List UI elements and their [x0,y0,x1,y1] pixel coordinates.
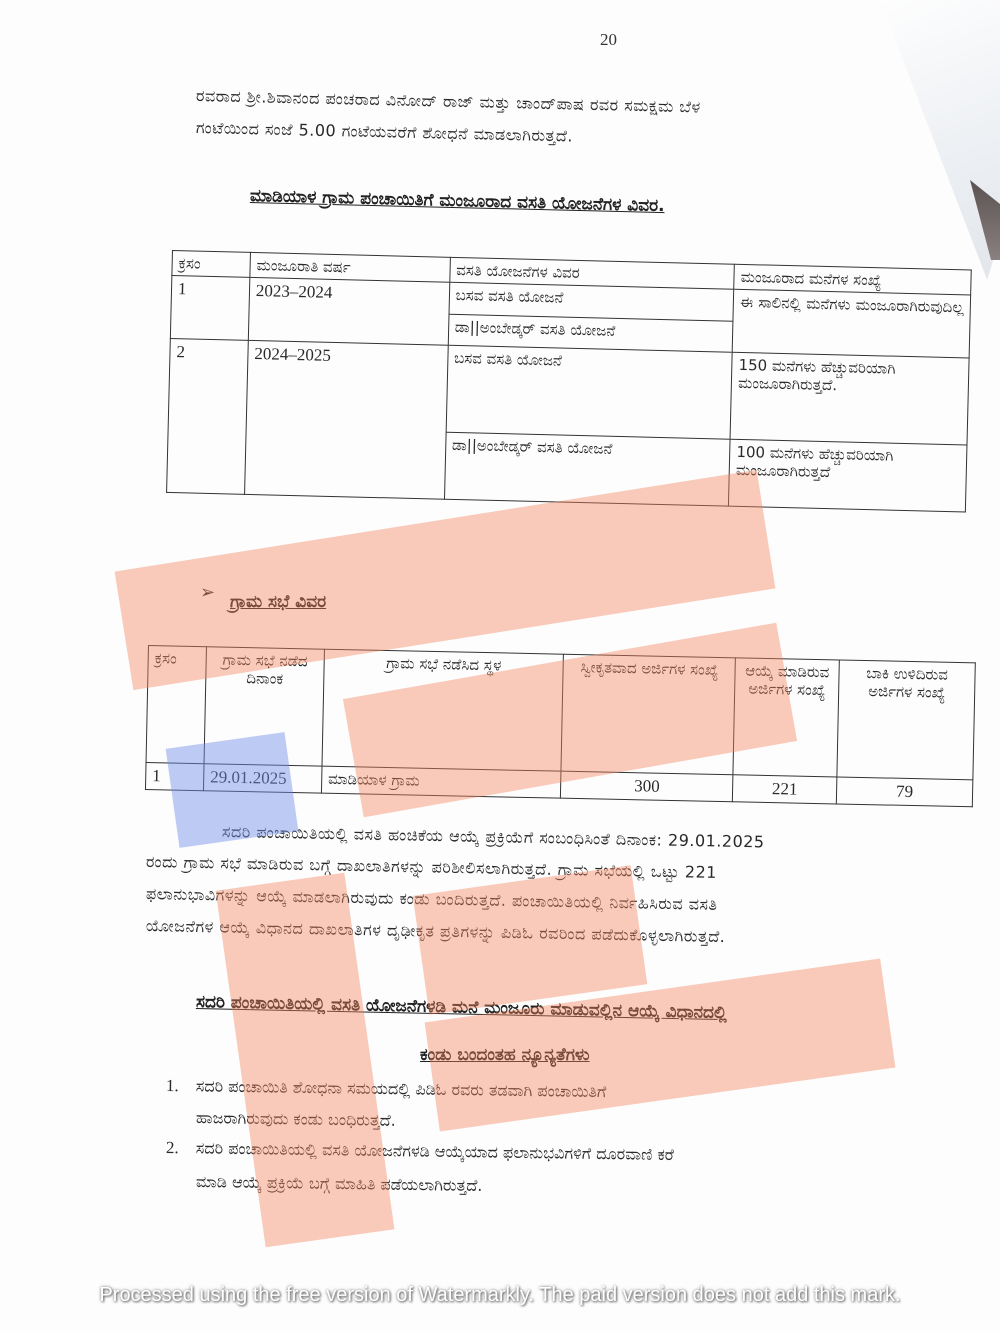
deficiency-item-2: 2. ಸದರಿ ಪಂಚಾಯಿತಿಯಲ್ಲಿ ವಸತಿ ಯೋಜನೆಗಳಡಿ ಆಯ್… [166,1138,674,1165]
deficiency-title-line-1: ಸದರಿ ಪಂಚಾಯಿತಿಯಲ್ಲಿ ವಸತಿ ಯೋಜನೆಗಳಡಿ ಮನೆ ಮಂ… [196,992,727,1023]
cell-date: 29.01.2025 [203,764,321,793]
cell-sanctioned: 100 ಮನೆಗಳು ಹೆಚ್ಚುವರಿಯಾಗಿ ಮಂಜೂರಾಗಿರುತ್ತದೆ [729,439,967,512]
header-received: ಸ್ವೀಕೃತವಾದ ಅರ್ಜಿಗಳ ಸಂಖ್ಯೆ [561,654,735,775]
cell-pending: 79 [836,777,972,807]
cell-place: ಮಾಡಿಯಾಳ ಗ್ರಾಮ [321,766,561,798]
header-pending: ಬಾಕಿ ಉಳಿದಿರುವ ಅರ್ಜಿಗಳ ಸಂಖ್ಯೆ [837,660,975,780]
header-selected: ಆಯ್ಕೆ ಮಾಡಿರುವ ಅರ್ಜಿಗಳ ಸಂಖ್ಯೆ [733,658,839,777]
paragraph-line-2: ರಂದು ಗ್ರಾಮ ಸಭೆ ಮಾಡಿರುವ ಬಗ್ಗೆ ದಾಖಲಾತಿಗಳನ್… [146,852,717,883]
gram-sabha-title: ಗ್ರಾಮ ಸಭೆ ವಿವರ [230,592,326,612]
header-sl: ಕ್ರಸಂ [172,251,250,278]
table-header-row: ಕ್ರಸಂ ಗ್ರಾಮ ಸಭೆ ನಡೆದ ದಿನಾಂಕ ಗ್ರಾಮ ಸಭೆ ನಡ… [146,646,975,780]
paragraph-line-1: ಸದರಿ ಪಂಚಾಯಿತಿಯಲ್ಲಿ ವಸತಿ ಹಂಚಿಕೆಯ ಆಯ್ಕೆ ಪ್… [222,822,765,852]
cell-sanctioned: ಈ ಸಾಲಿನಲ್ಲಿ ಮನೆಗಳು ಮಂಜೂರಾಗಿರುವುದಿಲ್ಲ [732,289,970,358]
intro-line-1: ರವರಾದ ಶ್ರೀ.ಶಿವಾನಂದ ಪಂಚರಾದ ವಿನೋದ್ ರಾಜ್ ಮತ… [196,86,701,117]
header-date: ಗ್ರಾಮ ಸಭೆ ನಡೆದ ದಿನಾಂಕ [204,647,324,766]
housing-section-title: ಮಾಡಿಯಾಳ ಗ್ರಾಮ ಪಂಚಾಯಿತಿಗೆ ಮಂಜೂರಾದ ವಸತಿ ಯೋ… [250,186,665,216]
cell-sl: 1 [145,762,203,790]
cell-sanctioned: 150 ಮನೆಗಳು ಹೆಚ್ಚುವರಿಯಾಗಿ ಮಂಜೂರಾಗಿರುತ್ತದೆ… [730,352,969,445]
document-page: 20 ರವರಾದ ಶ್ರೀ.ಶಿವಾನಂದ ಪಂಚರಾದ ವಿನೋದ್ ರಾಜ್… [0,0,1000,1331]
cell-selected: 221 [733,775,837,804]
cell-scheme: ಬಸವ ವಸತಿ ಯೋಜನೆ [446,345,733,439]
paper-curl-edge [840,0,1000,280]
item-text: ಸದರಿ ಪಂಚಾಯಿತಿ ಶೋಧನಾ ಸಮಯದಲ್ಲಿ ಪಿಡಿಓ ರವರು … [196,1076,607,1101]
cell-year: 2023–2024 [248,277,449,345]
housing-schemes-table: ಕ್ರಸಂ ಮಂಜೂರಾತಿ ವರ್ಷ ವಸತಿ ಯೋಜನೆಗಳ ವಿವರ ಮಂ… [166,250,972,512]
cell-year: 2024–2025 [244,340,447,499]
table-row: 2 2024–2025 ಬಸವ ವಸತಿ ಯೋಜನೆ 150 ಮನೆಗಳು ಹೆ… [168,338,969,444]
paragraph-line-3: ಫಲಾನುಭಾವಿಗಳನ್ನು ಆಯ್ಕೆ ಮಾಡಲಾಗಿರುವುದು ಕಂಡು… [146,884,718,915]
watermark-text: Processed using the free version of Wate… [0,1284,1000,1307]
cell-scheme: ಡಾ||ಅಂಬೇಡ್ಕರ್ ವಸತಿ ಯೋಜನೆ [444,432,730,506]
header-sl: ಕ್ರಸಂ [146,646,206,764]
deficiency-item-1: 1. ಸದರಿ ಪಂಚಾಯಿತಿ ಶೋಧನಾ ಸಮಯದಲ್ಲಿ ಪಿಡಿಓ ರವ… [166,1076,607,1102]
gram-sabha-table: ಕ್ರಸಂ ಗ್ರಾಮ ಸಭೆ ನಡೆದ ದಿನಾಂಕ ಗ್ರಾಮ ಸಭೆ ನಡ… [145,645,976,807]
item-text: ಸದರಿ ಪಂಚಾಯಿತಿಯಲ್ಲಿ ವಸತಿ ಯೋಜನೆಗಳಡಿ ಆಯ್ಕೆಯ… [196,1138,674,1164]
deficiency-item-1-cont: ಹಾಜರಾಗಿರುವುದು ಕಂಡು ಬಂಧಿರುತ್ತದೆ. [196,1108,396,1131]
intro-line-2: ಗಂಟೆಯಿಂದ ಸಂಜೆ 5.00 ಗಂಟೆಯವರೆಗೆ ಶೋಧನೆ ಮಾಡಲ… [196,118,573,147]
paragraph-line-4: ಯೋಜನೆಗಳ ಆಯ್ಕೆ ವಿಧಾನದ ದಾಖಲಾತಿಗಳ ದೃಢೀಕೃತ ಪ… [146,916,726,947]
item-number: 2. [166,1138,179,1157]
header-place: ಗ್ರಾಮ ಸಭೆ ನಡೆಸಿದ ಸ್ಥಳ [322,649,564,771]
arrow-bullet-icon: ➢ [200,582,215,603]
deficiency-title-line-2: ಕಂಡು ಬಂದಂತಹ ನ್ಯೂನ್ಯತೆಗಳು [420,1045,590,1065]
item-number: 1. [166,1076,179,1095]
cell-sl: 1 [170,276,249,341]
cell-received: 300 [561,771,733,802]
page-number: 20 [600,30,617,50]
deficiency-item-2-cont: ಮಾಡಿ ಆಯ್ಕೆ ಪ್ರಕ್ರಿಯೆ ಬಗ್ಗೆ ಮಾಹಿತಿ ಪಡೆಯಲಾ… [196,1172,483,1196]
cell-sl: 2 [167,338,249,494]
